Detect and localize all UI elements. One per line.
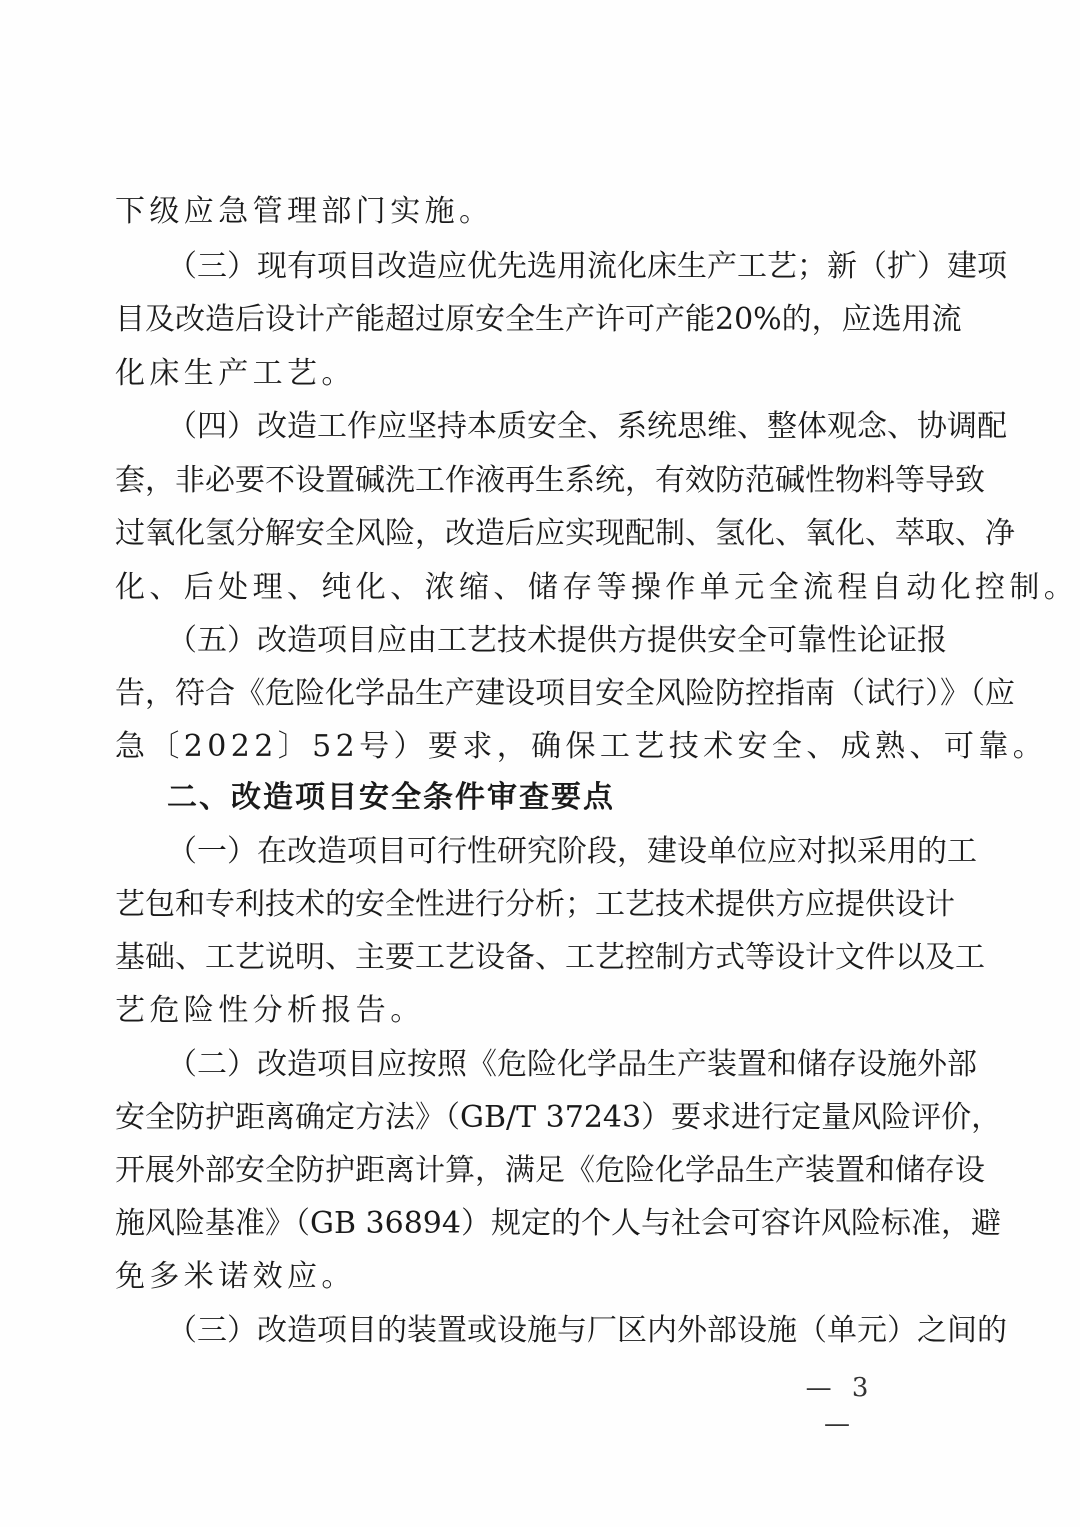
paragraph-line: 免多米诺效应。 (115, 1257, 912, 1297)
paragraph-line: （四）改造工作应坚持本质安全、系统思维、整体观念、协调配 (167, 407, 912, 447)
paragraph-line: 基础、工艺说明、主要工艺设备、工艺控制方式等设计文件以及工 (115, 938, 912, 978)
paragraph-line: （三）改造项目的装置或设施与厂区内外部设施（单元）之间的 (167, 1311, 912, 1351)
paragraph-line: 目及改造后设计产能超过原安全生产许可产能20%的，应选用流 (115, 300, 912, 340)
paragraph-line: 艺危险性分析报告。 (115, 991, 912, 1031)
paragraph-line: （三）现有项目改造应优先选用流化床生产工艺；新（扩）建项 (167, 247, 912, 287)
paragraph-line: （二）改造项目应按照《危险化学品生产装置和储存设施外部 (167, 1045, 912, 1085)
paragraph-line: 化、后处理、纯化、浓缩、储存等操作单元全流程自动化控制。 (115, 568, 912, 608)
paragraph-line: 过氧化氢分解安全风险，改造后应实现配制、氢化、氧化、萃取、净 (115, 514, 912, 554)
section-heading: 二、改造项目安全条件审查要点 (167, 778, 912, 818)
paragraph-line: 化床生产工艺。 (115, 354, 912, 394)
paragraph-line: 告，符合《危险化学品生产建设项目安全风险防控指南（试行）》（应 (115, 674, 912, 714)
paragraph-line: 施风险基准》（GB 36894）规定的个人与社会可容许风险标准，避 (115, 1204, 912, 1244)
paragraph-line: 安全防护距离确定方法》（GB/T 37243）要求进行定量风险评价， (115, 1098, 912, 1138)
paragraph-line: 下级应急管理部门实施。 (115, 192, 912, 232)
paragraph-line: （五）改造项目应由工艺技术提供方提供安全可靠性论证报 (167, 621, 912, 661)
page-number: — 3 — (785, 1370, 895, 1406)
paragraph-line: 艺包和专利技术的安全性进行分析；工艺技术提供方应提供设计 (115, 885, 912, 925)
document-page: 下级应急管理部门实施。 （三）现有项目改造应优先选用流化床生产工艺；新（扩）建项… (0, 0, 1080, 1527)
paragraph-line: 急〔2022〕52号）要求，确保工艺技术安全、成熟、可靠。 (115, 727, 912, 767)
paragraph-line: （一）在改造项目可行性研究阶段，建设单位应对拟采用的工 (167, 832, 912, 872)
paragraph-line: 开展外部安全防护距离计算，满足《危险化学品生产装置和储存设 (115, 1151, 912, 1191)
paragraph-line: 套，非必要不设置碱洗工作液再生系统，有效防范碱性物料等导致 (115, 461, 912, 501)
